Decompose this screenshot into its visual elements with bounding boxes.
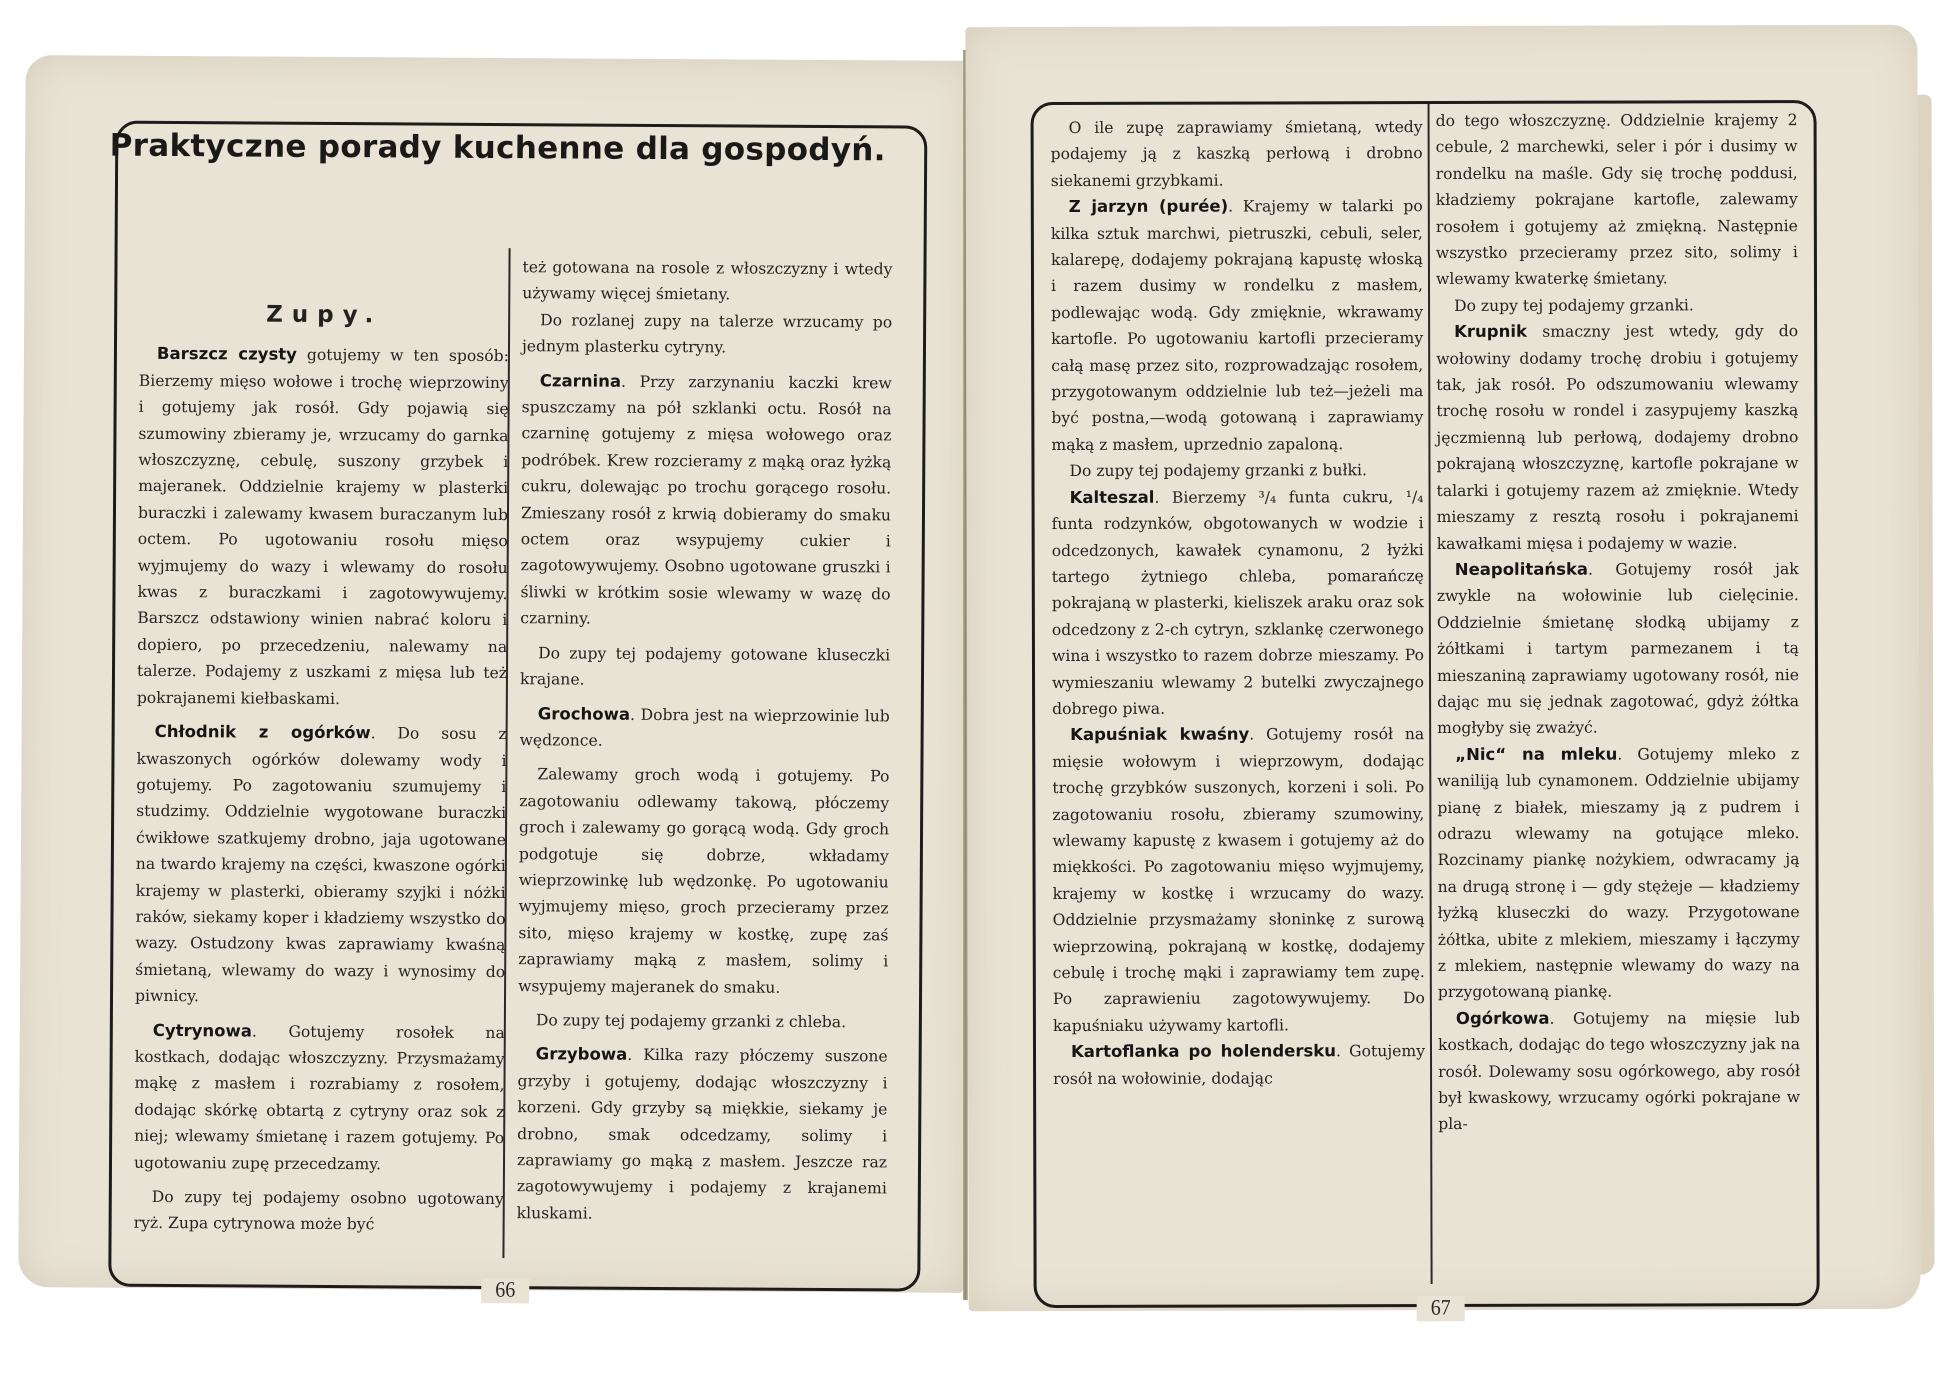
recipe-name: Chłodnik z ogórków bbox=[155, 722, 371, 742]
recipe-paragraph: Do zupy tej podajemy grzanki. bbox=[1436, 292, 1798, 319]
page-number: 67 bbox=[1417, 1296, 1465, 1321]
section-heading: Zupy. bbox=[139, 301, 509, 330]
recipe-paragraph: Do zupy tej podajemy osobno ugotowany ry… bbox=[134, 1184, 504, 1239]
recipe-paragraph: Cytrynowa. Gotujemy rosołek na kostkach,… bbox=[134, 1017, 505, 1178]
recipe-paragraph: Czarnina. Przy zarzynaniu kaczki krew sp… bbox=[520, 368, 892, 634]
recipe-name: Barszcz czysty bbox=[157, 344, 297, 364]
recipe-name: Kartoflanka po holendersku bbox=[1071, 1042, 1336, 1062]
recipe-paragraph: Do rozlanej zupy na talerze wrzucamy po … bbox=[522, 307, 892, 362]
text-column-left: O ile zupę zaprawiamy śmietaną, wtedy po… bbox=[1051, 114, 1426, 1092]
recipe-name: Czarnina bbox=[540, 371, 621, 390]
recipe-paragraph: Kapuśniak kwaśny. Gotujemy rosół na mięs… bbox=[1052, 721, 1425, 1039]
recipe-paragraph: Barszcz czysty gotujemy w ten sposób: Bi… bbox=[137, 341, 509, 713]
page-stack-edge bbox=[1918, 95, 1935, 1275]
recipe-name: Krupnik bbox=[1454, 322, 1527, 341]
recipe-paragraph: Kalteszal. Bierzemy ³/₄ funta cukru, ¹/₄… bbox=[1052, 484, 1425, 723]
recipe-paragraph: Grochowa. Dobra jest na wieprzowinie lub… bbox=[520, 701, 890, 756]
recipe-name: „Nic“ na mleku bbox=[1455, 744, 1617, 763]
recipe-paragraph: Zalewamy groch wodą i gotujemy. Po zagot… bbox=[518, 761, 889, 1001]
recipe-name: Grochowa bbox=[538, 704, 630, 724]
recipe-paragraph: Grzybowa. Kilka razy płóczemy suszone gr… bbox=[517, 1042, 888, 1229]
right-page: 67 O ile zupę zaprawiamy śmietaną, wtedy… bbox=[965, 25, 1920, 1311]
left-page: 66 Praktyczne porady kuchenne dla gospod… bbox=[18, 55, 971, 1293]
recipe-paragraph: też gotowana na rosole z włoszczyzny i w… bbox=[522, 254, 892, 309]
recipe-name: Neapolitańska bbox=[1455, 560, 1588, 579]
recipe-name: Cytrynowa bbox=[153, 1020, 252, 1040]
recipe-paragraph: Do zupy tej podajemy grzanki z chleba. bbox=[518, 1007, 888, 1036]
text-column-right: do tego włoszczyznę. Oddzielnie krajemy … bbox=[1436, 107, 1801, 1138]
recipe-paragraph: do tego włoszczyznę. Oddzielnie krajemy … bbox=[1436, 107, 1798, 293]
page-title: Praktyczne porady kuchenne dla gospodyń. bbox=[25, 127, 970, 169]
recipe-paragraph: Krupnik smaczny jest wtedy, gdy do wołow… bbox=[1436, 318, 1799, 557]
recipe-paragraph: Z jarzyn (purée). Krajemy w talarki po k… bbox=[1051, 193, 1424, 458]
text-column-right: też gotowana na rosole z włoszczyzny i w… bbox=[517, 254, 893, 1228]
recipe-name: Kalteszal bbox=[1070, 487, 1155, 506]
recipe-name: Kapuśniak kwaśny bbox=[1070, 725, 1249, 744]
recipe-paragraph: Neapolitańska. Gotujemy rosół jak zwykle… bbox=[1437, 556, 1799, 742]
recipe-paragraph: Do zupy tej podajemy gotowane kluseczki … bbox=[520, 640, 890, 695]
text-column-left: Zupy. Barszcz czysty gotujemy w ten spos… bbox=[134, 301, 510, 1239]
recipe-name: Grzybowa bbox=[536, 1045, 628, 1065]
recipe-paragraph: O ile zupę zaprawiamy śmietaną, wtedy po… bbox=[1051, 114, 1423, 194]
recipe-name: Z jarzyn (purée) bbox=[1069, 197, 1228, 216]
page-number: 66 bbox=[481, 1278, 529, 1304]
recipe-paragraph: Chłodnik z ogórków. Do sosu z kwaszonych… bbox=[135, 719, 507, 1012]
recipe-name: Ogórkowa bbox=[1456, 1009, 1550, 1028]
recipe-paragraph: Ogórkowa. Gotujemy na mięsie lub kostkac… bbox=[1438, 1005, 1800, 1138]
recipe-paragraph: Kartoflanka po holendersku. Gotujemy ros… bbox=[1053, 1038, 1425, 1092]
recipe-paragraph: Do zupy tej podajemy grzanki z bułki. bbox=[1051, 457, 1423, 484]
recipe-paragraph: „Nic“ na mleku. Gotujemy mleko z wanilij… bbox=[1437, 741, 1800, 1006]
